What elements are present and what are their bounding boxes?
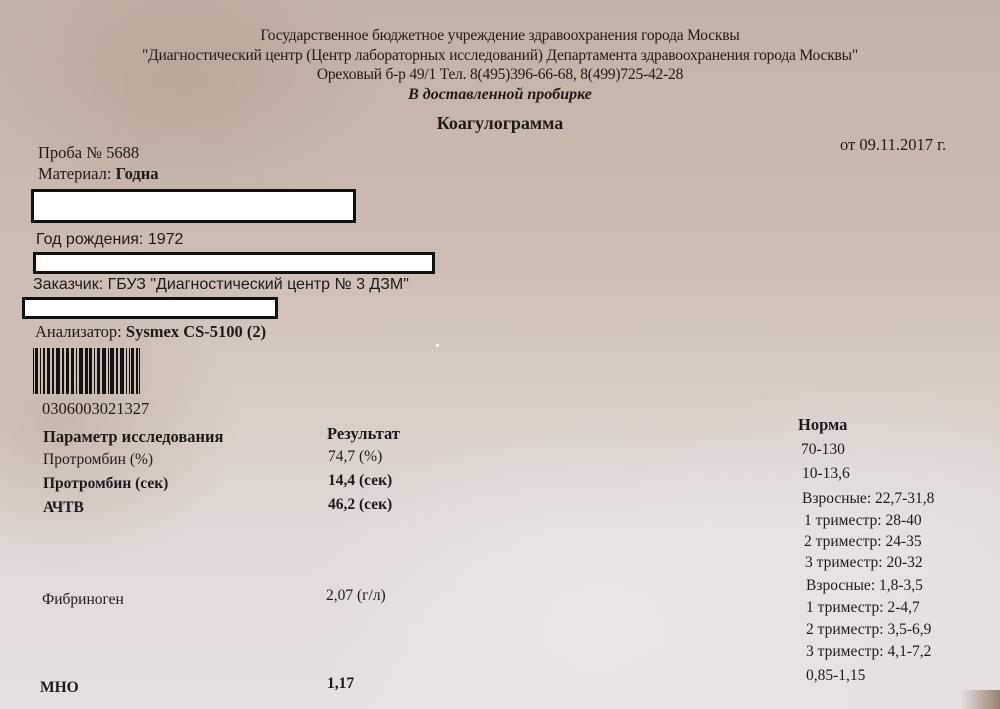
birth-year-value: 1972 xyxy=(148,231,184,248)
norm-prothrombin-sec: 10-13,6 xyxy=(802,465,850,483)
institution-name: Государственное бюджетное учреждение здр… xyxy=(0,27,1000,45)
header-norm: Норма xyxy=(798,415,847,435)
norm-prothrombin-percent: 70-130 xyxy=(801,441,845,459)
customer: Заказчик: ГБУЗ "Диагностический центр № … xyxy=(33,276,409,294)
result-prothrombin-sec: 14,4 (сек) xyxy=(328,472,392,490)
material-value: Годна xyxy=(116,164,159,183)
document-subtitle: В доставленной пробирке xyxy=(0,86,1000,104)
header-parameter: Параметр исследования xyxy=(43,427,224,447)
page-edge-shadow xyxy=(960,690,1000,709)
result-fibrinogen: 2,07 (г/л) xyxy=(326,587,386,605)
institution-address: Ореховый б-р 49/1 Тел. 8(495)396-66-68, … xyxy=(0,66,1000,84)
norm-aptt-t2: 2 триместр: 24-35 xyxy=(804,533,922,551)
customer-label: Заказчик: xyxy=(33,276,103,293)
sample-label: Проба № xyxy=(38,143,102,162)
analyzer: Анализатор: Sysmex CS-5100 (2) xyxy=(35,322,266,342)
barcode-number: 0306003021327 xyxy=(42,399,149,419)
redacted-field xyxy=(31,189,356,223)
norm-aptt-t1: 1 триместр: 28-40 xyxy=(804,512,922,530)
material: Материал: Годна xyxy=(38,164,159,184)
norm-aptt-t3: 3 триместр: 20-32 xyxy=(805,554,923,572)
birth-year-label: Год рождения: xyxy=(36,231,143,248)
norm-fibrinogen-t2: 2 триместр: 3,5-6,9 xyxy=(806,621,931,639)
barcode xyxy=(33,348,353,394)
param-aptt: АЧТВ xyxy=(43,499,84,517)
redacted-field xyxy=(22,297,278,319)
redacted-field xyxy=(33,252,435,274)
result-prothrombin-percent: 74,7 (%) xyxy=(328,448,382,466)
header-result: Результат xyxy=(327,424,400,444)
sample-value: 5688 xyxy=(106,143,139,162)
norm-fibrinogen-t3: 3 триместр: 4,1-7,2 xyxy=(806,643,931,661)
material-label: Материал: xyxy=(38,164,111,183)
result-inr: 1,17 xyxy=(327,675,354,693)
speck xyxy=(436,344,439,347)
institution-department: "Диагностический центр (Центр лабораторн… xyxy=(0,47,1000,65)
param-fibrinogen: Фибриноген xyxy=(42,591,124,609)
norm-inr: 0,85-1,15 xyxy=(806,667,865,685)
analyzer-label: Анализатор: xyxy=(35,322,122,341)
param-prothrombin-percent: Протромбин (%) xyxy=(43,451,153,469)
customer-value: ГБУЗ "Диагностический центр № 3 ДЗМ" xyxy=(108,276,409,293)
document-date: от 09.11.2017 г. xyxy=(840,135,946,155)
param-inr: МНО xyxy=(40,679,79,697)
sample-number: Проба № 5688 xyxy=(38,143,139,163)
result-aptt: 46,2 (сек) xyxy=(328,496,392,514)
norm-fibrinogen-t1: 1 триместр: 2-4,7 xyxy=(806,599,920,617)
param-prothrombin-sec: Протромбин (сек) xyxy=(43,475,168,493)
norm-aptt-adult: Взросные: 22,7-31,8 xyxy=(802,490,934,508)
analyzer-value: Sysmex CS-5100 (2) xyxy=(126,322,266,341)
birth-year: Год рождения: 1972 xyxy=(36,231,183,249)
norm-fibrinogen-adult: Взросные: 1,8-3,5 xyxy=(806,577,923,595)
document-title: Коагулограмма xyxy=(0,113,1000,134)
